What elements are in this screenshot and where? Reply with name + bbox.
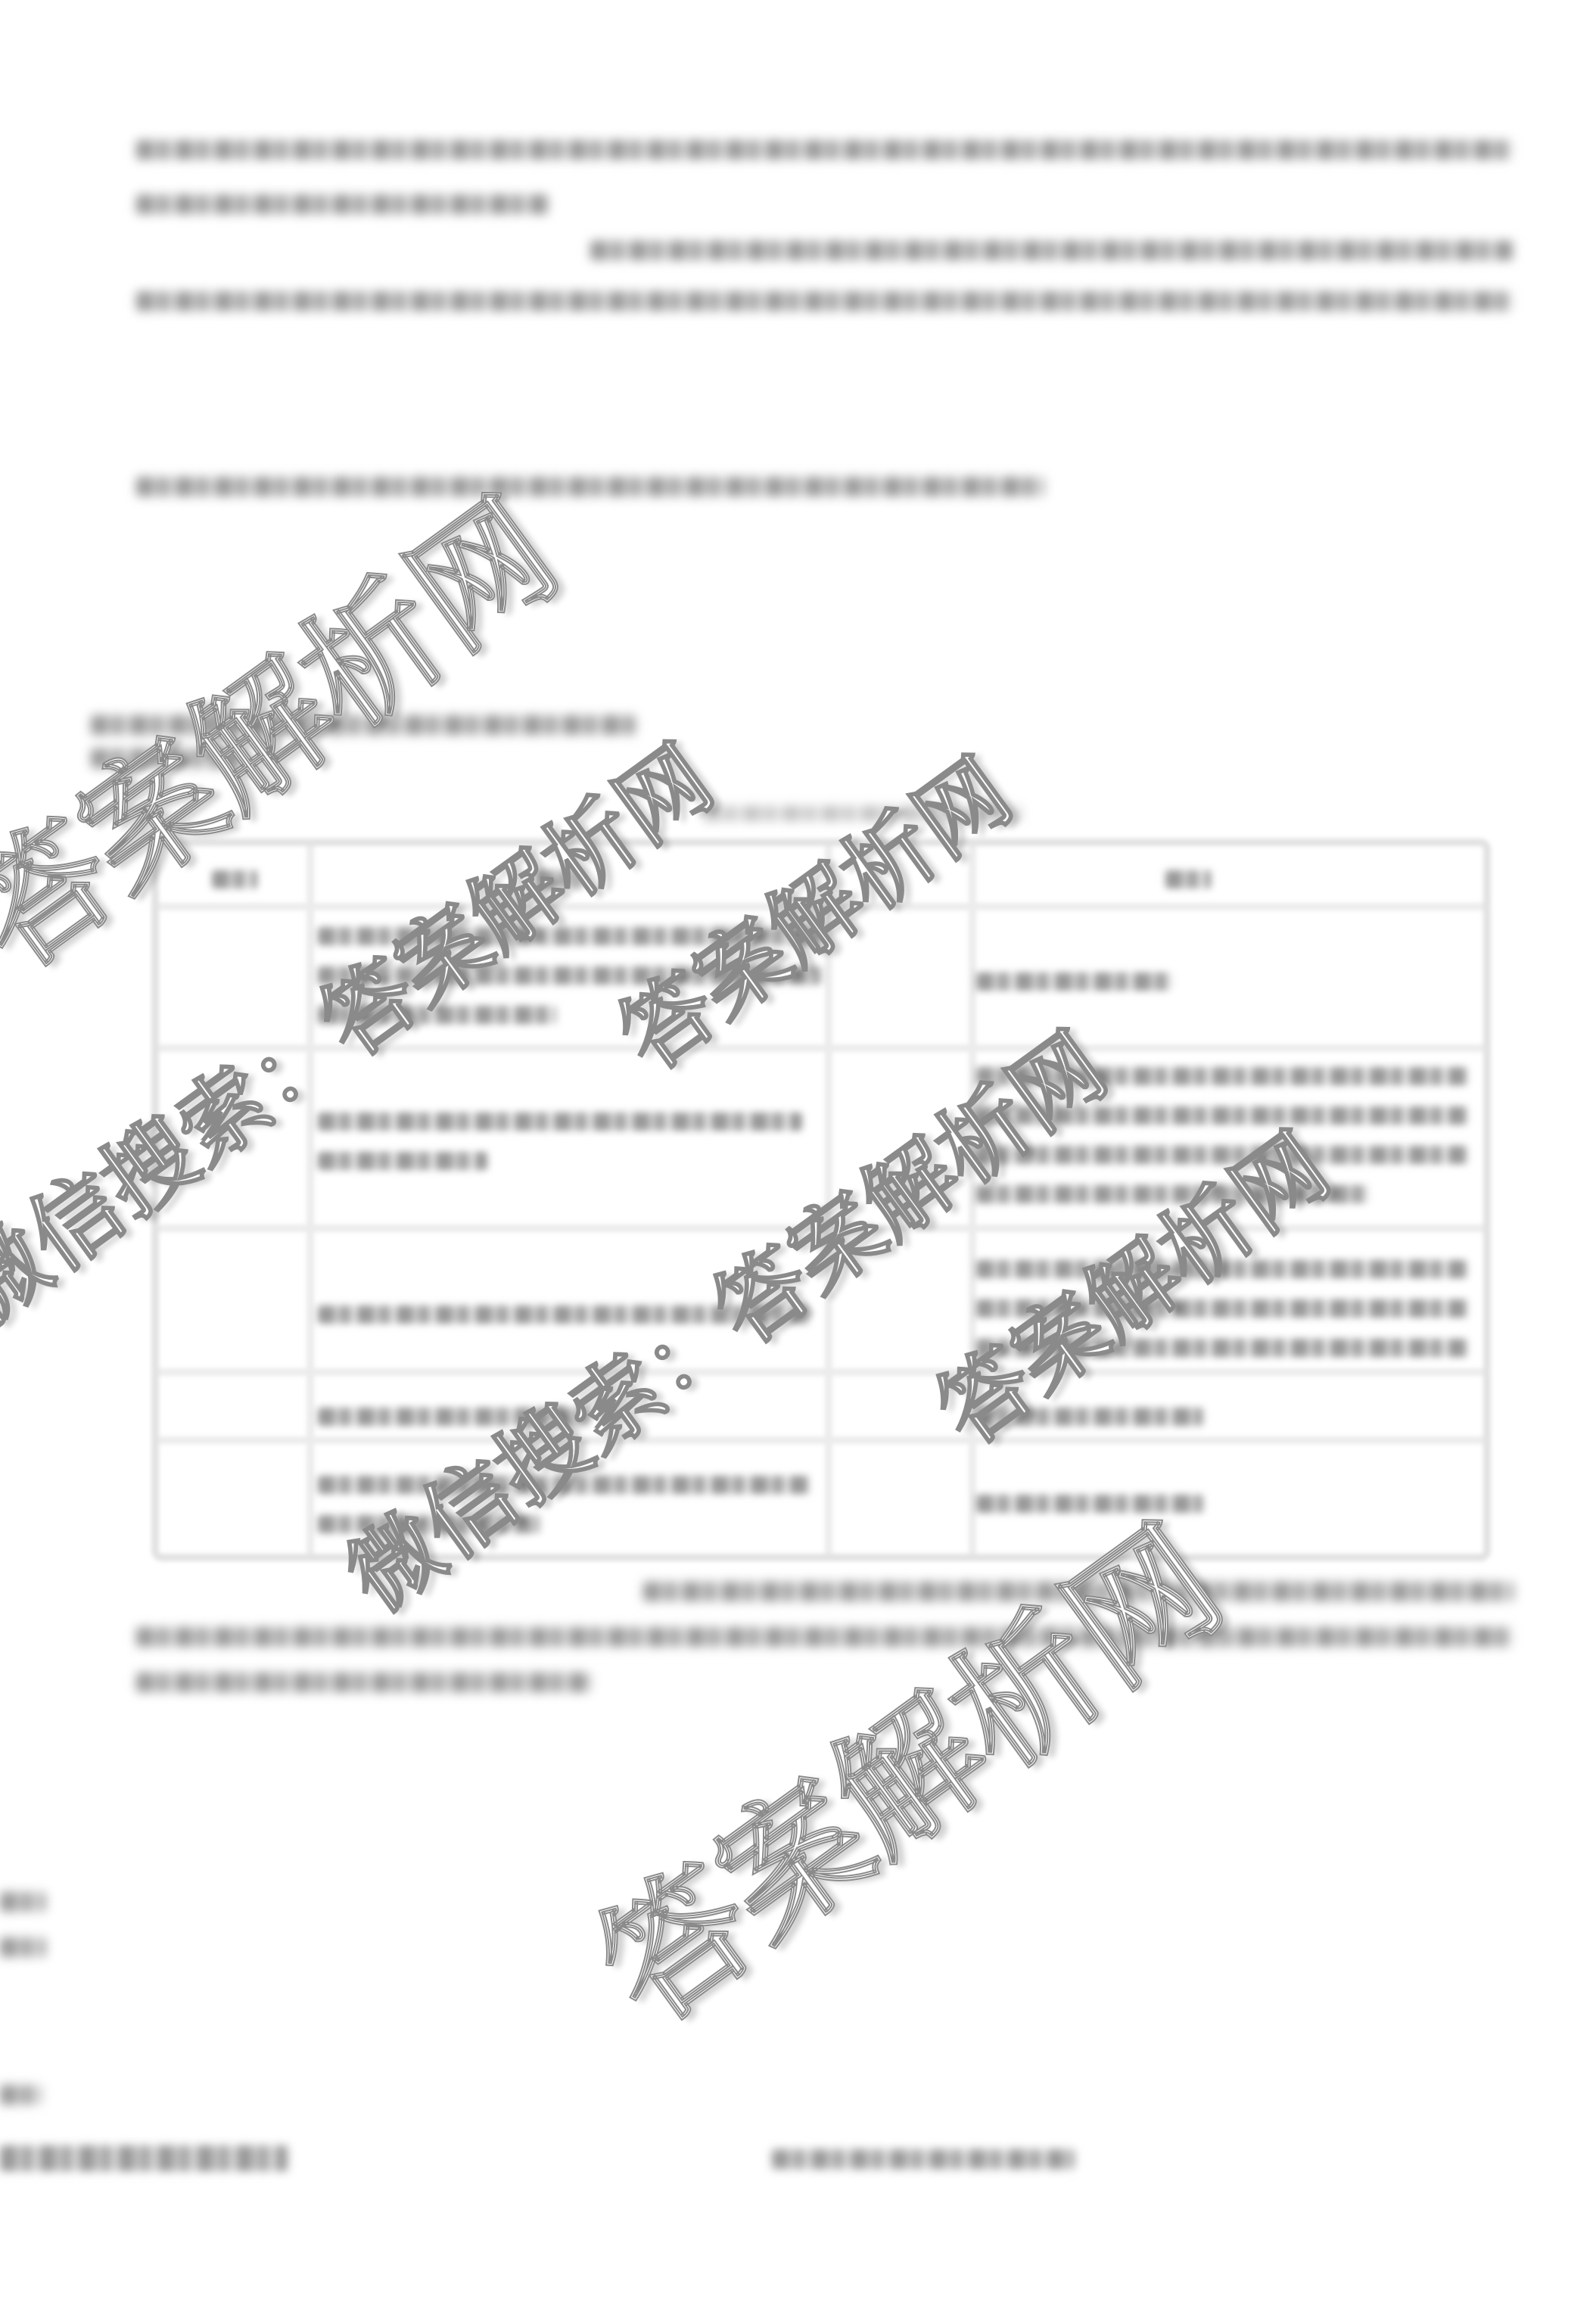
question-2 xyxy=(136,477,1044,531)
paragraph-intro xyxy=(136,140,1514,249)
page-number xyxy=(772,2149,1075,2204)
paragraph-source xyxy=(590,241,1514,295)
table-row xyxy=(318,1112,802,1191)
footer-left xyxy=(0,2146,288,2206)
margin-note xyxy=(0,2085,42,2139)
question-1 xyxy=(136,291,1514,346)
margin-note xyxy=(0,1892,45,1992)
table-row xyxy=(976,972,1173,1012)
